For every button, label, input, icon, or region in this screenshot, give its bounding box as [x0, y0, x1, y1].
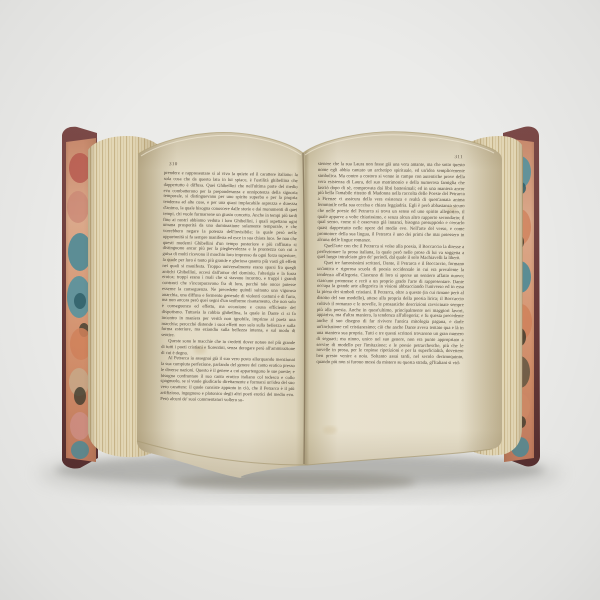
left-paragraph-2: Queste sono le macchie che io credetti d… — [161, 338, 295, 357]
left-paragraph-1: prendere e rappresentare si al vivo la q… — [161, 170, 298, 340]
left-paragraph-3: Al Petrarca io assegnai già il suo vero … — [160, 355, 295, 403]
right-paragraph-2: Quell'arte con che il Petrarca si volse … — [317, 244, 464, 263]
photo-background: 310 prendere e rappresentare si al vivo … — [0, 0, 600, 600]
left-page-number: 310 — [164, 162, 298, 170]
right-paragraph-3: Quei tre famosissimi scrittori, Dante, i… — [316, 261, 464, 367]
right-paragraph-1: stenere che la sua Laura non fosse già u… — [317, 162, 465, 245]
left-page-text: 310 prendere e rappresentare si al vivo … — [160, 162, 298, 436]
right-page-number: 311 — [318, 154, 465, 161]
open-book-photo — [0, 0, 600, 600]
right-page-text: 311 stenere che la sua Laura non fosse g… — [316, 154, 465, 425]
